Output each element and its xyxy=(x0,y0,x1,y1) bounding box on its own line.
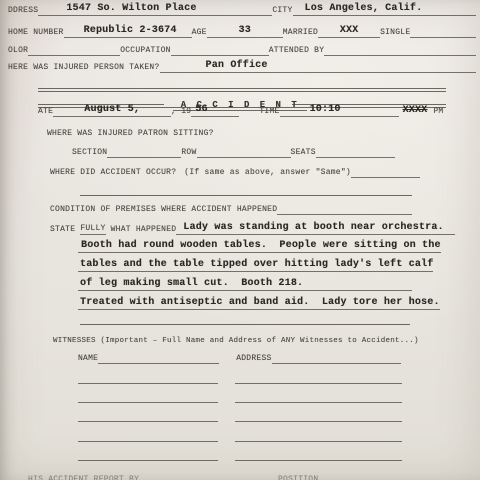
attended-by-blank-line xyxy=(324,55,476,56)
single-label: SINGLE xyxy=(380,28,410,38)
band-rule-top-2 xyxy=(38,91,446,92)
date-label: ATE xyxy=(38,107,53,117)
witness-address-line xyxy=(272,363,401,364)
state-label-post: WHAT HAPPENED xyxy=(106,225,177,235)
color-label: OLOR xyxy=(8,46,28,56)
age-label: AGE xyxy=(192,28,207,38)
statement-line-1: Lady was standing at booth near orchestr… xyxy=(176,222,455,235)
accident-report-document: DDRESS 1547 So. Wilton Place CITY Los An… xyxy=(0,0,480,480)
statement-row-2: Booth had round wooden tables. People we… xyxy=(78,240,432,253)
row-blank-line xyxy=(197,157,291,158)
witness-name-line xyxy=(98,363,219,364)
witness-name-blank xyxy=(78,421,218,422)
witness-blank-row xyxy=(78,390,402,403)
home-number-label: HOME NUMBER xyxy=(8,28,64,38)
witness-address-blank xyxy=(235,383,402,384)
witness-name-blank xyxy=(78,383,218,384)
statement-extra-blank-line xyxy=(80,324,410,325)
address-label: DDRESS xyxy=(8,6,38,16)
witnesses-heading: WITNESSES (Important – Full Name and Add… xyxy=(53,336,419,346)
taken-row: HERE WAS INJURED PERSON TAKEN? Pan Offic… xyxy=(8,60,476,73)
seats-label: SEATS xyxy=(291,148,316,158)
occupation-blank-line xyxy=(171,55,269,56)
date-time-row: ATE August 5, , 19 56 TIME 10:10 XXXX PM xyxy=(38,104,445,117)
section-blank-line xyxy=(107,157,181,158)
city-value: Los Angeles, Calif. xyxy=(293,3,476,16)
married-value: XXX xyxy=(318,25,380,38)
statement-row-4: of leg making small cut. Booth 218. xyxy=(78,278,412,291)
taken-label: HERE WAS INJURED PERSON TAKEN? xyxy=(8,63,160,73)
witness-address-blank xyxy=(235,421,402,422)
witness-address-blank xyxy=(235,460,402,461)
statement-line-4: of leg making small cut. Booth 218. xyxy=(78,278,412,291)
am-struck-out: XXXX xyxy=(403,105,428,117)
condition-label: CONDITION OF PREMISES WHERE ACCIDENT HAP… xyxy=(50,205,277,215)
color-blank-line xyxy=(28,55,120,56)
state-label-fully: FULLY xyxy=(80,224,105,235)
section-row-seats-row: SECTION ROW SEATS xyxy=(72,145,395,158)
witness-address-blank xyxy=(235,441,402,442)
date-value: August 5, xyxy=(53,104,171,117)
witnesses-heading-row: WITNESSES (Important – Full Name and Add… xyxy=(53,333,419,346)
statement-row-3: tables and the table tipped over hitting… xyxy=(78,259,432,272)
band-rule-top-1 xyxy=(38,88,446,89)
condition-blank-line xyxy=(277,214,412,215)
statement-row-5: Treated with antiseptic and band aid. La… xyxy=(78,297,432,310)
occupation-label: OCCUPATION xyxy=(120,46,171,56)
address-row: DDRESS 1547 So. Wilton Place CITY Los An… xyxy=(8,3,476,16)
seats-blank-line xyxy=(316,157,395,158)
condition-row: CONDITION OF PREMISES WHERE ACCIDENT HAP… xyxy=(50,202,412,215)
statement-line-3: tables and the table tipped over hitting… xyxy=(78,259,433,272)
home-number-row: HOME NUMBER Republic 2-3674 AGE 33 MARRI… xyxy=(8,25,476,38)
occur-hint: (If same as above, answer "Same") xyxy=(184,168,351,178)
statement-row-1: STATE FULLY WHAT HAPPENED Lady was stand… xyxy=(50,222,455,235)
witness-address-label: ADDRESS xyxy=(236,354,271,364)
witness-address-blank xyxy=(235,402,402,403)
home-number-value: Republic 2-3674 xyxy=(64,25,192,38)
year-value: 56 xyxy=(191,104,239,117)
attended-by-label: ATTENDED BY xyxy=(269,46,325,56)
color-occupation-row: OLOR OCCUPATION ATTENDED BY xyxy=(8,43,476,56)
report-by-label: HIS ACCIDENT REPORT BY xyxy=(28,475,139,480)
taken-value: Pan Office xyxy=(160,60,476,73)
statement-line-5: Treated with antiseptic and band aid. La… xyxy=(78,297,440,310)
witness-blank-row xyxy=(78,371,402,384)
sitting-question: WHERE WAS INJURED PATRON SITTING? xyxy=(47,129,214,139)
occur-question: WHERE DID ACCIDENT OCCUR? xyxy=(50,168,176,178)
section-label: SECTION xyxy=(72,148,107,158)
row-label: ROW xyxy=(181,148,196,158)
age-value: 33 xyxy=(207,25,283,38)
witness-blank-row xyxy=(78,448,402,461)
year-prefix: , 19 xyxy=(171,107,191,117)
witness-header-row: NAME ADDRESS xyxy=(78,351,402,364)
married-label: MARRIED xyxy=(283,28,318,38)
state-label-pre: STATE xyxy=(50,225,80,235)
time-label: TIME xyxy=(259,107,279,117)
statement-line-2: Booth had round wooden tables. People we… xyxy=(78,240,441,253)
time-value: 10:10 xyxy=(280,104,399,117)
occur-question-row: WHERE DID ACCIDENT OCCUR? (If same as ab… xyxy=(50,165,420,178)
address-value: 1547 So. Wilton Place xyxy=(38,3,272,16)
witness-name-blank xyxy=(78,460,218,461)
single-blank-line xyxy=(410,37,476,38)
occur-blank-line xyxy=(351,177,420,178)
city-label: CITY xyxy=(272,6,292,16)
position-label: POSITION xyxy=(278,475,318,480)
witness-name-blank xyxy=(78,402,218,403)
witness-blank-row xyxy=(78,409,402,422)
witness-name-blank xyxy=(78,441,218,442)
witness-name-label: NAME xyxy=(78,354,98,364)
witness-blank-row xyxy=(78,429,402,442)
pm-label: PM xyxy=(433,107,443,117)
sitting-question-row: WHERE WAS INJURED PATRON SITTING? xyxy=(47,126,214,139)
occur-continuation-line xyxy=(80,195,412,196)
